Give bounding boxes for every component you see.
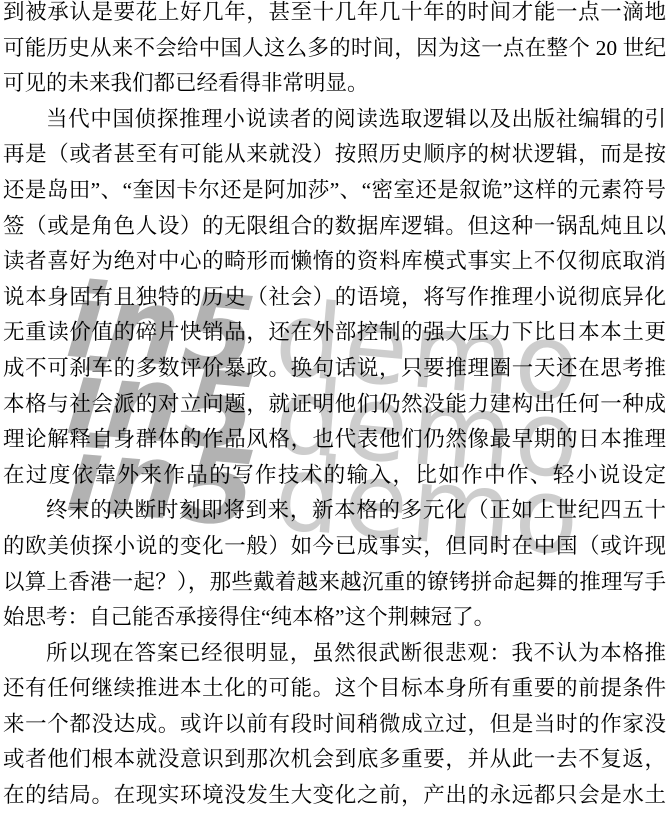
text-line: 无重读价值的碎片快销品，还在外部控制的强大压力下比日本本土更有可能形 — [3, 315, 666, 351]
text-line: 终末的决断时刻即将到来，新本格的多元化（正如上世纪四五十年代开始 — [3, 493, 666, 529]
text-line: 理论解释自身群体的作品风格，也代表他们仍然像最早期的日本推理一样仍然 — [3, 422, 666, 458]
text-line: 签（或是角色人设）的无限组合的数据库逻辑。但这种一锅乱炖且以绝大多数 — [3, 209, 666, 245]
text-line: 还是岛田”、“奎因卡尔还是阿加莎”、“密室还是叙诡”这样的元素符号标 — [3, 173, 666, 209]
text-line: 在过度依靠外来作品的写作技术的输入，比如作中作、轻小说设定系、短篇连作。 — [3, 458, 666, 494]
text-line: 在的结局。在现实环境没发生大变化之前，产出的永远都只会是水土不服的怪胎。 — [3, 778, 666, 814]
essay-text: 到被承认是要花上好几年，甚至十几年几十年的时间才能一点一滴地做到。但 可能历史从… — [0, 0, 669, 814]
text-line: 到被承认是要花上好几年，甚至十几年几十年的时间才能一点一滴地做到。但 — [3, 0, 666, 31]
text-line: 或者他们根本就没意识到那次机会到底多重要，并从此一去不复返，就导致现 — [3, 742, 666, 778]
text-line: 说本身固有且独特的历史（社会）的语境，将写作推理小说彻底异化为产出毫 — [3, 280, 666, 316]
text-line: 成不可刹车的多数评价暴政。换句话说，只要推理圈一天还在思考推理和故事， — [3, 351, 666, 387]
text-line: 可能历史从来不会给中国人这么多的时间，因为这一点在整个 20 世纪加上肉眼 — [3, 31, 666, 67]
text-line: 还有任何继续推进本土化的可能。这个目标本身所有重要的前提条件在如今看 — [3, 671, 666, 707]
text-line: 再是（或者甚至有可能从来就没）按照历史顺序的树状逻辑，而是按照“东野 — [3, 137, 666, 173]
text-line: 当代中国侦探推理小说读者的阅读选取逻辑以及出版社编辑的引进逻辑不 — [3, 102, 666, 138]
text-line: 本格与社会派的对立问题，就证明他们仍然没能力建构出任何一种成熟完整的 — [3, 387, 666, 423]
text-line: 可见的未来我们都已经看得非常明显。 — [3, 66, 666, 102]
text-line: 始思考：自己能否承接得住“纯本格”这个荆棘冠了。 — [3, 600, 666, 636]
text-line: 读者喜好为绝对中心的畸形而懒惰的资料库模式事实上不仅彻底取消了每本小 — [3, 244, 666, 280]
text-line: 所以现在答案已经很明显，虽然很武断很悲观：我不认为本格推理在中国 — [3, 636, 666, 672]
document-page: in5demo in5demo in5demo 到被承认是要花上好几年，甚至十几… — [0, 0, 669, 819]
text-line: 以算上香港一起？），那些戴着越来越沉重的镣铐拼命起舞的推理写手是该开 — [3, 565, 666, 601]
text-line: 来一个都没达成。或许以前有段时间稍微成立过，但是当时的作家没有抓住机会， — [3, 707, 666, 743]
text-line: 的欧美侦探小说的变化一般）如今已成事实，但同时在中国（或许现在已经可 — [3, 529, 666, 565]
